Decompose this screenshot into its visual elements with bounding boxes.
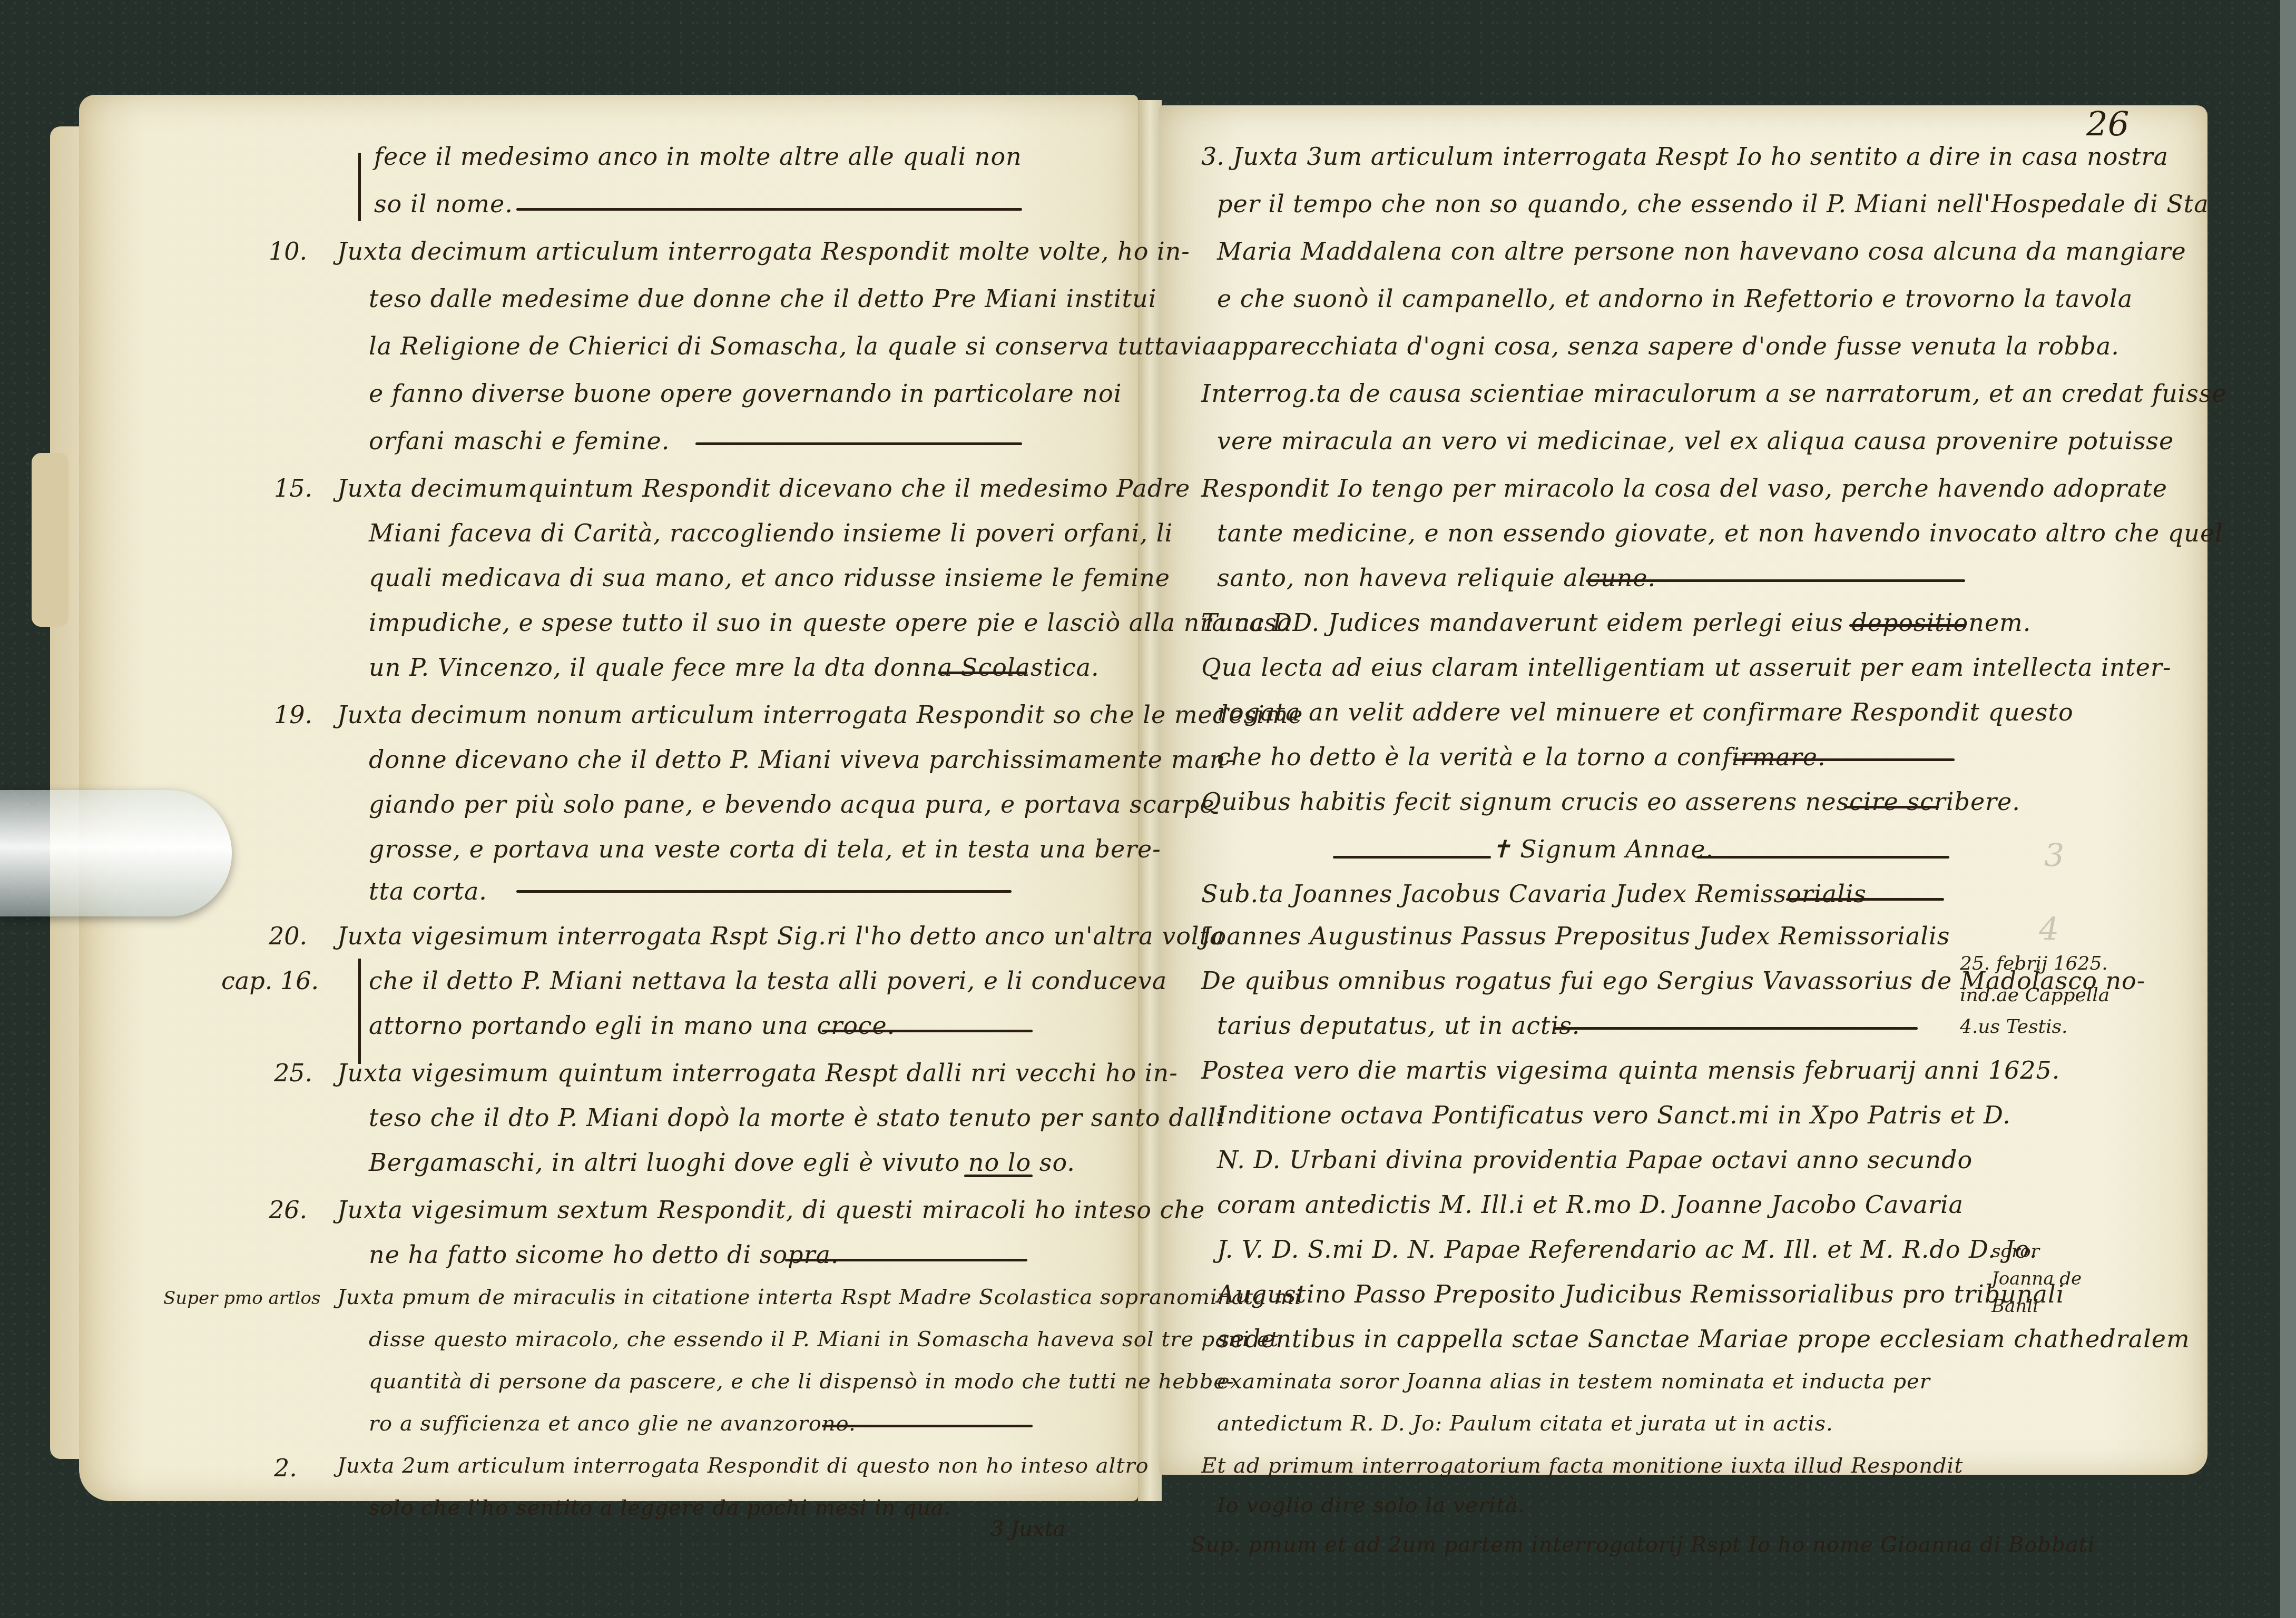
line-filler-dash — [1696, 856, 1949, 859]
margin-note-date: 25. febrij 1625. ind.ae Cappella 4.us Te… — [1960, 948, 2118, 1043]
right-line-27: examinata soror Joanna alias in testem n… — [1217, 1369, 1930, 1394]
left-line-19: attorno portando egli in mano una croce. — [369, 1011, 895, 1040]
line-filler-dash — [695, 442, 1022, 445]
right-line-25: Augustino Passo Preposito Judicibus Remi… — [1217, 1280, 2064, 1308]
left-line-13: donne dicevano che il detto P. Miani viv… — [369, 745, 1234, 774]
left-line-29: Juxta 2um articulum interrogata Respondi… — [337, 1454, 1149, 1478]
right-line-9: santo, non haveva reliquie alcune. — [1217, 564, 1656, 592]
catchword: 3 Juxta — [990, 1517, 1065, 1541]
left-line-0: fece il medesimo anco in molte altre all… — [374, 142, 1022, 171]
bracket-mark — [358, 153, 361, 221]
right-line-24: J. V. D. S.mi D. N. Papae Referendario a… — [1217, 1235, 2038, 1264]
right-line-7: Respondit Io tengo per miracolo la cosa … — [1201, 474, 2167, 502]
left-line-3: teso dalle medesime due donne che il det… — [369, 284, 1156, 313]
left-line-15: grosse, e portava una veste corta di tel… — [369, 835, 1161, 863]
line-filler-dash — [1733, 758, 1955, 761]
right-line-20: Postea vero die martis vigesima quinta m… — [1201, 1056, 2060, 1084]
rolled-paper-tab — [32, 453, 68, 627]
right-line-6: vere miracula an vero vi medicinae, vel … — [1217, 427, 2174, 455]
left-margin-26: 26. — [269, 1196, 307, 1224]
left-line-18: che il detto P. Miani nettava la testa a… — [369, 966, 1167, 995]
right-line-14: Quibus habitis fecit signum crucis eo as… — [1201, 787, 2020, 816]
right-line-12: rogata an velit addere vel minuere et co… — [1217, 698, 2074, 726]
left-line-30: solo che l'ho sentito a leggere da pochi… — [369, 1496, 951, 1520]
line-filler-dash — [1554, 1027, 1918, 1030]
line-filler-dash — [516, 890, 1012, 893]
left-line-8: Miani faceva di Carità, raccogliendo ins… — [369, 519, 1173, 547]
left-line-4: la Religione de Chierici di Somascha, la… — [369, 332, 1217, 360]
left-line-25: Juxta pmum de miraculis in citatione int… — [337, 1285, 1302, 1309]
right-line-5: Interrog.ta de causa scientiae miraculor… — [1201, 379, 2227, 408]
line-filler-dash — [1849, 624, 1965, 627]
left-line-22: Bergamaschi, in altri luoghi dove egli è… — [369, 1148, 1075, 1177]
right-line-16: Sub.ta Joannes Jacobus Cavaria Judex Rem… — [1201, 880, 1867, 908]
bleedthrough-numeral-3: 3 — [2044, 837, 2064, 874]
line-filler-dash — [1786, 898, 1944, 901]
folio-number: 26 — [2086, 105, 2129, 144]
line-filler-dash — [822, 1030, 1033, 1032]
left-margin-super-pmo: Super pmo artlos — [163, 1288, 320, 1309]
right-line-30: Io voglio dire solo la verità. — [1217, 1493, 1526, 1517]
right-line-4: apparecchiata d'ogni cosa, senza sapere … — [1217, 332, 2120, 360]
line-filler-dash — [785, 1259, 1027, 1261]
left-margin-10: 10. — [269, 237, 307, 265]
right-line-15: ✝ Signum Annae. — [1491, 835, 1714, 863]
right-line-29: Et ad primum interrogatorium facta monit… — [1201, 1454, 1963, 1478]
left-margin-cap16: cap. 16. — [221, 966, 319, 995]
right-margin-3: 3. — [1201, 142, 1224, 171]
bracket-mark — [358, 959, 361, 1064]
left-line-20: Juxta vigesimum quintum interrogata Resp… — [337, 1059, 1178, 1087]
left-line-26: disse questo miracolo, che essendo il P.… — [369, 1327, 1279, 1351]
left-margin-2: 2. — [274, 1454, 297, 1482]
line-filler-dash — [1333, 856, 1491, 859]
line-filler-dash — [516, 208, 1022, 211]
right-line-23: coram antedictis M. Ill.i et R.mo D. Joa… — [1217, 1190, 1964, 1219]
left-line-12: Juxta decimum nonum articulum interrogat… — [337, 701, 1303, 729]
right-line-11: Qua lecta ad eius claram intelligentiam … — [1201, 653, 2172, 682]
line-filler-dash — [1844, 806, 1939, 808]
right-line-8: tante medicine, e non essendo giovate, e… — [1217, 519, 2223, 547]
left-line-5: e fanno diverse buone opere governando i… — [369, 379, 1122, 408]
right-line-22: N. D. Urbani divina providentia Papae oc… — [1217, 1146, 1973, 1174]
left-line-2: Juxta decimum articulum interrogata Resp… — [337, 237, 1190, 265]
right-line-17: Joannes Augustinus Passus Prepositus Jud… — [1201, 922, 1950, 950]
glass-page-weight — [0, 790, 232, 916]
left-margin-25: 25. — [274, 1059, 312, 1087]
right-line-28: antedictum R. D. Jo: Paulum citata et ju… — [1217, 1412, 1833, 1436]
left-line-17: Juxta vigesimum interrogata Rspt Sig.ri … — [337, 922, 1225, 950]
left-line-11: un P. Vincenzo, il quale fece mre la dta… — [369, 653, 1100, 682]
right-line-0: Juxta 3um articulum interrogata Respt Io… — [1233, 142, 2169, 171]
right-line-10: Tunc DD. Judices mandaverunt eidem perle… — [1201, 608, 2031, 637]
left-line-6: orfani maschi e femine. — [369, 427, 670, 455]
left-line-14: giando per più solo pane, e bevendo acqu… — [369, 790, 1214, 818]
left-line-10: impudiche, e spese tutto il suo in quest… — [369, 608, 1292, 637]
scanner-edge — [2280, 0, 2296, 1618]
right-line-21: Inditione octava Pontificatus vero Sanct… — [1217, 1101, 2011, 1129]
left-line-9: quali medicava di sua mano, et anco ridu… — [369, 564, 1170, 592]
left-margin-15: 15. — [274, 474, 312, 502]
left-margin-20: 20. — [269, 922, 307, 950]
right-line-13: che ho detto è la verità e la torno a co… — [1217, 743, 1826, 771]
left-margin-19: 19. — [274, 701, 312, 729]
right-line-19: tarius deputatus, ut in actis. — [1217, 1011, 1580, 1040]
bleedthrough-numeral-4: 4 — [2039, 911, 2059, 948]
right-line-1: per il tempo che non so quando, che esse… — [1217, 190, 2209, 218]
left-line-27: quantità di persone da pascere, e che li… — [369, 1369, 1234, 1394]
right-line-26: sedentibus in cappella sctae Sanctae Mar… — [1217, 1325, 2190, 1353]
right-line-3: e che suonò il campanello, et andorno in… — [1217, 284, 2133, 313]
left-line-28: ro a sufficienza et anco glie ne avanzor… — [369, 1412, 856, 1436]
left-line-1: so il nome. — [374, 190, 513, 218]
right-line-31: Sup. pmum et ad 2um partem interrogatori… — [1191, 1533, 2095, 1557]
left-line-24: ne ha fatto sicome ho detto di sopra. — [369, 1240, 839, 1269]
line-filler-dash — [964, 1175, 1033, 1177]
line-filler-dash — [822, 1425, 1033, 1427]
line-filler-dash — [938, 672, 1027, 674]
right-line-2: Maria Maddalena con altre persone non ha… — [1217, 237, 2186, 265]
left-line-16: tta corta. — [369, 877, 487, 905]
left-line-7: Juxta decimumquintum Respondit dicevano … — [337, 474, 1190, 502]
line-filler-dash — [1586, 579, 1965, 582]
margin-note-witness: soror Joanna de Banli — [1991, 1238, 2107, 1320]
left-line-21: teso che il dto P. Miani dopò la morte è… — [369, 1103, 1224, 1132]
left-line-23: Juxta vigesimum sextum Respondit, di que… — [337, 1196, 1205, 1224]
